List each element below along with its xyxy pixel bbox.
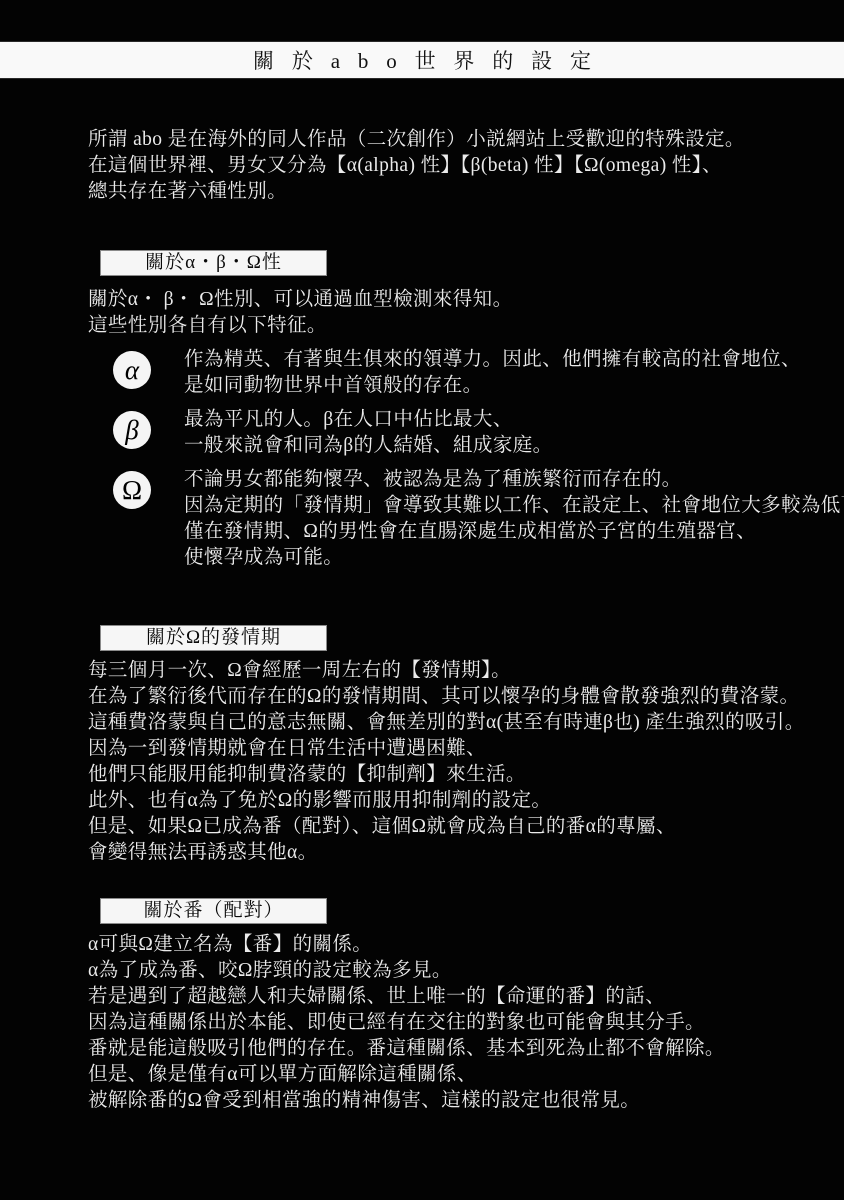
paragraph-line: 每三個月一次、Ω會經歷一周左右的【發情期】。 xyxy=(88,658,816,684)
paragraph-line: α可與Ω建立名為【番】的關係。 xyxy=(88,932,816,958)
intro-section: 所謂 abo 是在海外的同人作品（二次創作）小説網站上受歡迎的特殊設定。 在這個… xyxy=(88,127,816,205)
section-heading-pair: 關於番（配對） xyxy=(100,898,327,924)
paragraph-line: 若是遇到了超越戀人和夫婦關係、世上唯一的【命運的番】的話、 xyxy=(88,984,816,1010)
abo-setting-page: 關於abo世界的設定 所謂 abo 是在海外的同人作品（二次創作）小説網站上受歡… xyxy=(0,0,844,1200)
paragraph-line: 在為了繁衍後代而存在的Ω的發情期間、其可以懷孕的身體會散發強烈的費洛蒙。 xyxy=(88,684,816,710)
paragraph-line: 因為一到發情期就會在日常生活中遭遇困難、 xyxy=(88,736,816,762)
section-pair-bond: 關於番（配對） α可與Ω建立名為【番】的關係。 α為了成為番、咬Ω脖頸的設定較為… xyxy=(88,898,816,1114)
section-heat-period: 關於Ω的發情期 每三個月一次、Ω會經歷一周左右的【發情期】。 在為了繁衍後代而存… xyxy=(88,625,816,866)
pair-paragraph: α可與Ω建立名為【番】的關係。 α為了成為番、咬Ω脖頸的設定較為多見。 若是遇到… xyxy=(88,932,816,1114)
beta-description: 最為平凡的人。β在人口中佔比最大、 一般來説會和同為β的人結婚、組成家庭。 xyxy=(184,407,553,459)
paragraph-line: 僅在發情期、Ω的男性會在直腸深處生成相當於子宮的生殖器官、 xyxy=(184,519,844,545)
paragraph-line: 此外、也有α為了免於Ω的影響而服用抑制劑的設定。 xyxy=(88,788,816,814)
paragraph-line: 關於α・ β・ Ω性別、可以通過血型檢測來得知。 xyxy=(88,287,816,313)
omega-symbol-icon: Ω xyxy=(113,471,151,509)
gender-intro-paragraph: 關於α・ β・ Ω性別、可以通過血型檢測來得知。 這些性別各自有以下特征。 xyxy=(88,287,816,339)
paragraph-line: 使懷孕成為可能。 xyxy=(184,545,844,571)
paragraph-line: 是如同動物世界中首領般的存在。 xyxy=(184,373,801,399)
section-heading-gender: 關於α・β・Ω性 xyxy=(100,250,327,276)
type-row-beta: β 最為平凡的人。β在人口中佔比最大、 一般來説會和同為β的人結婚、組成家庭。 xyxy=(88,407,816,459)
paragraph-line: 被解除番的Ω會受到相當強的精神傷害、這樣的設定也很常見。 xyxy=(88,1088,816,1114)
paragraph-line: 不論男女都能夠懷孕、被認為是為了種族繁衍而存在的。 xyxy=(184,467,844,493)
paragraph-line: 他們只能服用能抑制費洛蒙的【抑制劑】來生活。 xyxy=(88,762,816,788)
paragraph-line: 番就是能這般吸引他們的存在。番這種關係、基本到死為止都不會解除。 xyxy=(88,1036,816,1062)
alpha-description: 作為精英、有著與生俱來的領導力。因此、他們擁有較高的社會地位、 是如同動物世界中… xyxy=(184,347,801,399)
omega-description: 不論男女都能夠懷孕、被認為是為了種族繁衍而存在的。 因為定期的「發情期」會導致其… xyxy=(184,467,844,571)
paragraph-line: 這些性別各自有以下特征。 xyxy=(88,313,816,339)
type-list: α 作為精英、有著與生俱來的領導力。因此、他們擁有較高的社會地位、 是如同動物世… xyxy=(88,347,816,571)
paragraph-line: 作為精英、有著與生俱來的領導力。因此、他們擁有較高的社會地位、 xyxy=(184,347,801,373)
paragraph-line: 但是、如果Ω已成為番（配對）、這個Ω就會成為自己的番α的專屬、 xyxy=(88,814,816,840)
paragraph-line: 一般來説會和同為β的人結婚、組成家庭。 xyxy=(184,433,553,459)
alpha-symbol-icon: α xyxy=(113,351,151,389)
page-title: 關於abo世界的設定 xyxy=(235,45,609,75)
paragraph-line: 但是、像是僅有α可以單方面解除這種關係、 xyxy=(88,1062,816,1088)
heat-paragraph: 每三個月一次、Ω會經歷一周左右的【發情期】。 在為了繁衍後代而存在的Ω的發情期間… xyxy=(88,658,816,866)
paragraph-line: 因為這種關係出於本能、即使已經有在交往的對象也可能會與其分手。 xyxy=(88,1010,816,1036)
page-header: 關於abo世界的設定 xyxy=(0,42,844,78)
section-gender-types: 關於α・β・Ω性 關於α・ β・ Ω性別、可以通過血型檢測來得知。 這些性別各自… xyxy=(88,250,816,571)
type-row-omega: Ω 不論男女都能夠懷孕、被認為是為了種族繁衍而存在的。 因為定期的「發情期」會導… xyxy=(88,467,816,571)
beta-symbol-icon: β xyxy=(113,411,151,449)
paragraph-line: 這種費洛蒙與自己的意志無關、會無差別的對α(甚至有時連β也) 產生強烈的吸引。 xyxy=(88,710,816,736)
paragraph-line: 因為定期的「發情期」會導致其難以工作、在設定上、社會地位大多較為低下。 xyxy=(184,493,844,519)
section-heading-heat: 關於Ω的發情期 xyxy=(100,625,327,651)
type-row-alpha: α 作為精英、有著與生俱來的領導力。因此、他們擁有較高的社會地位、 是如同動物世… xyxy=(88,347,816,399)
intro-line: 所謂 abo 是在海外的同人作品（二次創作）小説網站上受歡迎的特殊設定。 xyxy=(88,127,816,153)
content: 所謂 abo 是在海外的同人作品（二次創作）小説網站上受歡迎的特殊設定。 在這個… xyxy=(88,78,816,1114)
intro-line: 在這個世界裡、男女又分為【α(alpha) 性】【β(beta) 性】【Ω(om… xyxy=(88,153,816,179)
paragraph-line: 最為平凡的人。β在人口中佔比最大、 xyxy=(184,407,553,433)
intro-line: 總共存在著六種性別。 xyxy=(88,179,816,205)
paragraph-line: 會變得無法再誘惑其他α。 xyxy=(88,840,816,866)
paragraph-line: α為了成為番、咬Ω脖頸的設定較為多見。 xyxy=(88,958,816,984)
